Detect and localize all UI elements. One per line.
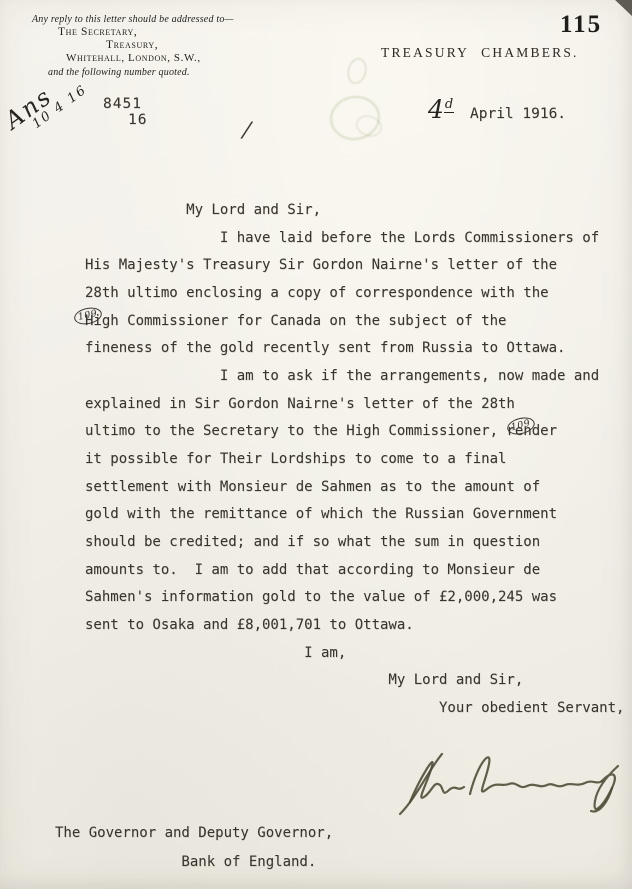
letter-line: I am, [85,640,624,668]
letterhead-addressee: The Secretary, [30,26,245,39]
page-corner-shadow [606,0,632,16]
letter-body: My Lord and Sir, I have laid before the … [85,197,624,722]
letter-line: His Majesty's Treasury Sir Gordon Nairne… [85,252,624,280]
letter-line: My Lord and Sir, [85,667,624,695]
slash-check-mark: / [242,118,252,144]
letter-line: Sahmen's information gold to the value o… [85,584,624,612]
office-name: TREASURY CHAMBERS. [381,45,579,61]
letter-line: amounts to. I am to add that according t… [85,557,624,585]
letter-line: I have laid before the Lords Commissione… [85,225,624,253]
day-ordinal: d [444,97,454,113]
letter-line: should be credited; and if so what the s… [85,529,624,557]
letter-line: gold with the remittance of which the Ru… [85,501,624,529]
letter-line: Your obedient Servant, [85,695,624,723]
letter-line: I am to ask if the arrangements, now mad… [85,363,624,391]
letter-line: explained in Sir Gordon Nairne's letter … [85,391,624,419]
letter-line: it possible for Their Lordships to come … [85,446,624,474]
typed-date: April 1916. [470,106,566,122]
folio-page-number: 115 [560,11,602,39]
reference-year: 16 [128,112,147,128]
scanned-letter-page: Any reply to this letter should be addre… [0,0,632,889]
letter-line: ultimo to the Secretary to the High Comm… [85,418,624,446]
handwritten-day: 4d [428,92,454,122]
letter-line: sent to Osaka and £8,001,701 to Ottawa. [85,612,624,640]
letter-line: High Commissioner for Canada on the subj… [85,308,624,336]
day-number: 4 [428,95,444,124]
letter-line: 28th ultimo enclosing a copy of correspo… [85,280,624,308]
recipient-line: Bank of England. [55,848,333,877]
letterhead-reply-note-top: Any reply to this letter should be addre… [30,13,245,26]
recipient-address: The Governor and Deputy Governor, Bank o… [55,819,333,876]
letter-line: settlement with Monsieur de Sahmen as to… [85,474,624,502]
letter-line: My Lord and Sir, [85,197,624,225]
recipient-line: The Governor and Deputy Governor, [55,819,333,848]
letterhead-block: Any reply to this letter should be addre… [30,13,245,79]
faint-stamp-mark [345,56,369,86]
signature-john-bradbury [396,740,624,820]
reference-number: 8451 [103,96,142,112]
letter-line: fineness of the gold recently sent from … [85,335,624,363]
letterhead-department: Treasury, [30,39,245,52]
letterhead-address: Whitehall, London, S.W., [30,52,245,65]
